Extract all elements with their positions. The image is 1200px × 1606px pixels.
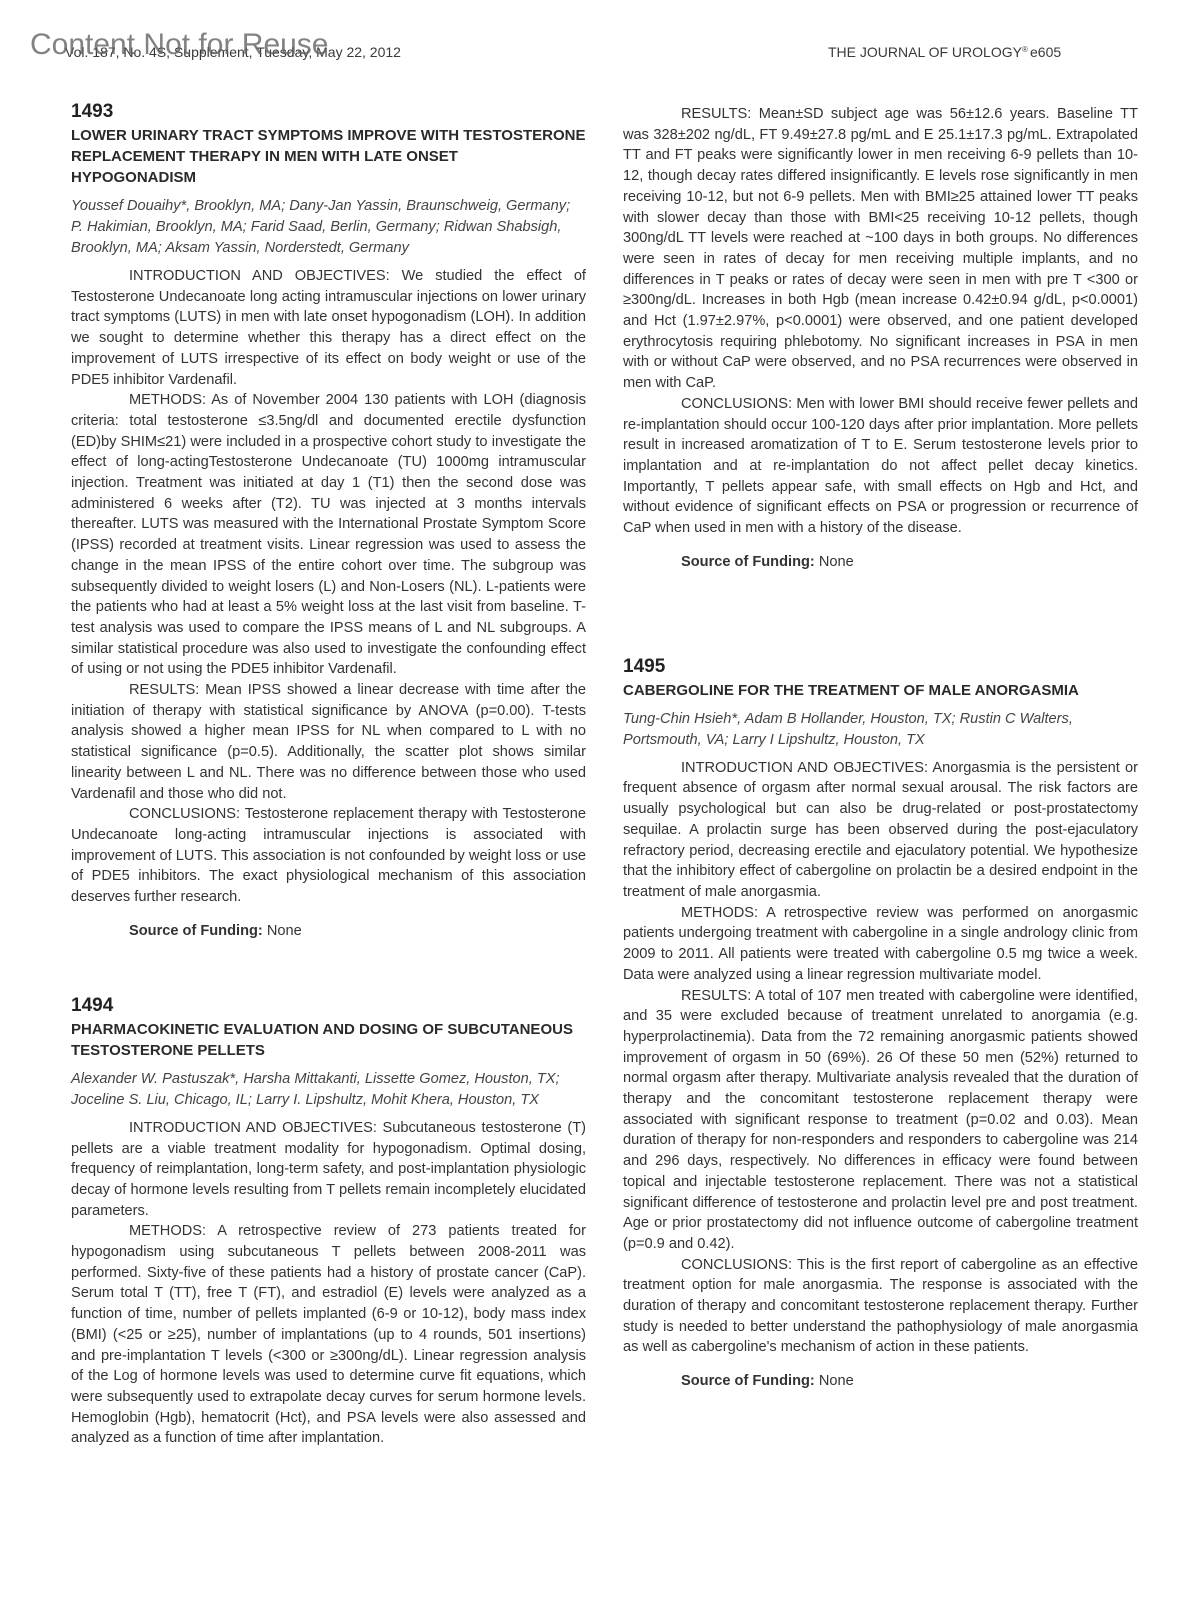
section-introduction: INTRODUCTION AND OBJECTIVES: Subcutaneou…	[71, 1118, 586, 1222]
journal-title: THE JOURNAL OF UROLOGY	[828, 44, 1022, 60]
abstract-title: PHARMACOKINETIC EVALUATION AND DOSING OF…	[71, 1019, 586, 1061]
section-conclusions: CONCLUSIONS: Men with lower BMI should r…	[623, 394, 1138, 539]
abstract-1494-continued: RESULTS: Mean±SD subject age was 56±12.6…	[623, 104, 1138, 570]
section-methods: METHODS: A retrospective review of 273 p…	[71, 1221, 586, 1449]
source-of-funding: Source of Funding: None	[681, 554, 1138, 570]
section-introduction: INTRODUCTION AND OBJECTIVES: We studied …	[71, 266, 586, 390]
page-number: e605	[1030, 44, 1061, 60]
funding-label: Source of Funding:	[681, 1373, 815, 1389]
abstract-number: 1494	[71, 995, 586, 1017]
section-methods: METHODS: A retrospective review was perf…	[623, 903, 1138, 986]
left-column: 1493 LOWER URINARY TRACT SYMPTOMS IMPROV…	[71, 101, 586, 1449]
watermark-text: Content Not for Reuse	[30, 28, 329, 62]
funding-value: None	[267, 923, 302, 939]
section-results: RESULTS: A total of 107 men treated with…	[623, 986, 1138, 1255]
abstract-1493: 1493 LOWER URINARY TRACT SYMPTOMS IMPROV…	[71, 101, 586, 939]
journal-name: THE JOURNAL OF UROLOGY®	[828, 44, 1028, 60]
abstract-1495: 1495 CABERGOLINE FOR THE TREATMENT OF MA…	[623, 656, 1138, 1389]
registered-mark: ®	[1022, 45, 1028, 54]
source-of-funding: Source of Funding: None	[681, 1373, 1138, 1389]
section-introduction: INTRODUCTION AND OBJECTIVES: Anorgasmia …	[623, 758, 1138, 903]
section-conclusions: CONCLUSIONS: Testosterone replacement th…	[71, 804, 586, 908]
abstract-number: 1495	[623, 656, 1138, 678]
section-results: RESULTS: Mean±SD subject age was 56±12.6…	[623, 104, 1138, 394]
abstract-1494: 1494 PHARMACOKINETIC EVALUATION AND DOSI…	[71, 995, 586, 1449]
abstract-title: LOWER URINARY TRACT SYMPTOMS IMPROVE WIT…	[71, 125, 586, 188]
abstract-authors: Youssef Douaihy*, Brooklyn, MA; Dany-Jan…	[71, 196, 586, 259]
section-methods: METHODS: As of November 2004 130 patient…	[71, 390, 586, 680]
abstract-number: 1493	[71, 101, 586, 123]
funding-label: Source of Funding:	[681, 554, 815, 570]
source-of-funding: Source of Funding: None	[129, 923, 586, 939]
abstract-authors: Tung-Chin Hsieh*, Adam B Hollander, Hous…	[623, 709, 1138, 751]
funding-value: None	[819, 554, 854, 570]
section-conclusions: CONCLUSIONS: This is the first report of…	[623, 1255, 1138, 1359]
abstract-authors: Alexander W. Pastuszak*, Harsha Mittakan…	[71, 1069, 586, 1111]
funding-label: Source of Funding:	[129, 923, 263, 939]
abstract-title: CABERGOLINE FOR THE TREATMENT OF MALE AN…	[623, 680, 1138, 701]
right-column: RESULTS: Mean±SD subject age was 56±12.6…	[623, 104, 1138, 1389]
section-results: RESULTS: Mean IPSS showed a linear decre…	[71, 680, 586, 804]
funding-value: None	[819, 1373, 854, 1389]
